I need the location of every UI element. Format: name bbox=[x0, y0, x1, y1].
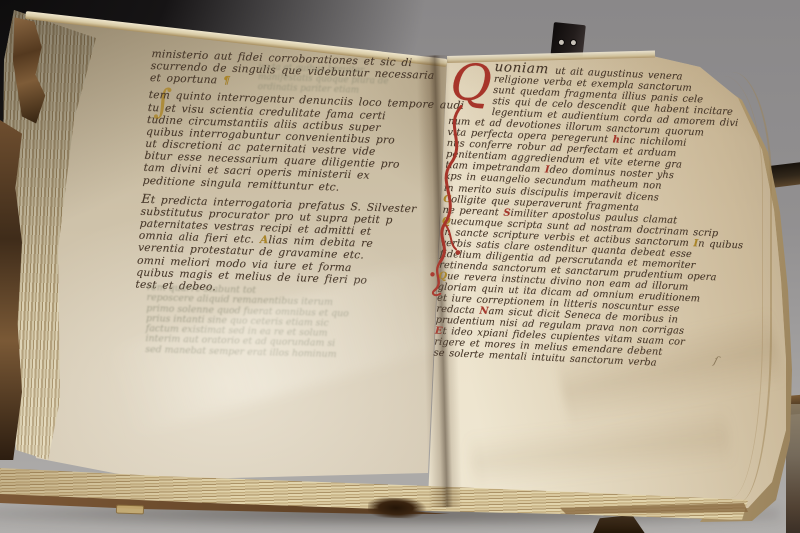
text-segment: et oportuna bbox=[149, 72, 223, 87]
show-through-text-bottom: rem quarre stabunt totreposcere aliquid … bbox=[145, 283, 372, 361]
strap-rivet bbox=[559, 40, 564, 45]
text-segment: n quibus bbox=[698, 238, 744, 251]
clasp-remnant bbox=[116, 505, 144, 515]
show-through-text-top: iuxta et quibus breuitermanifestatis quo… bbox=[258, 63, 419, 98]
strap-rivet bbox=[571, 40, 576, 45]
right-text-block: Q uoniam ut ait augustinus venerareligio… bbox=[433, 60, 771, 373]
drop-cap-q: Q bbox=[449, 60, 492, 108]
text-segment: ¶ bbox=[223, 75, 231, 87]
photo-of-manuscript: ∫ ministerio aut fidei corroborationes e… bbox=[0, 0, 800, 533]
binding-damage-spot bbox=[368, 497, 431, 519]
